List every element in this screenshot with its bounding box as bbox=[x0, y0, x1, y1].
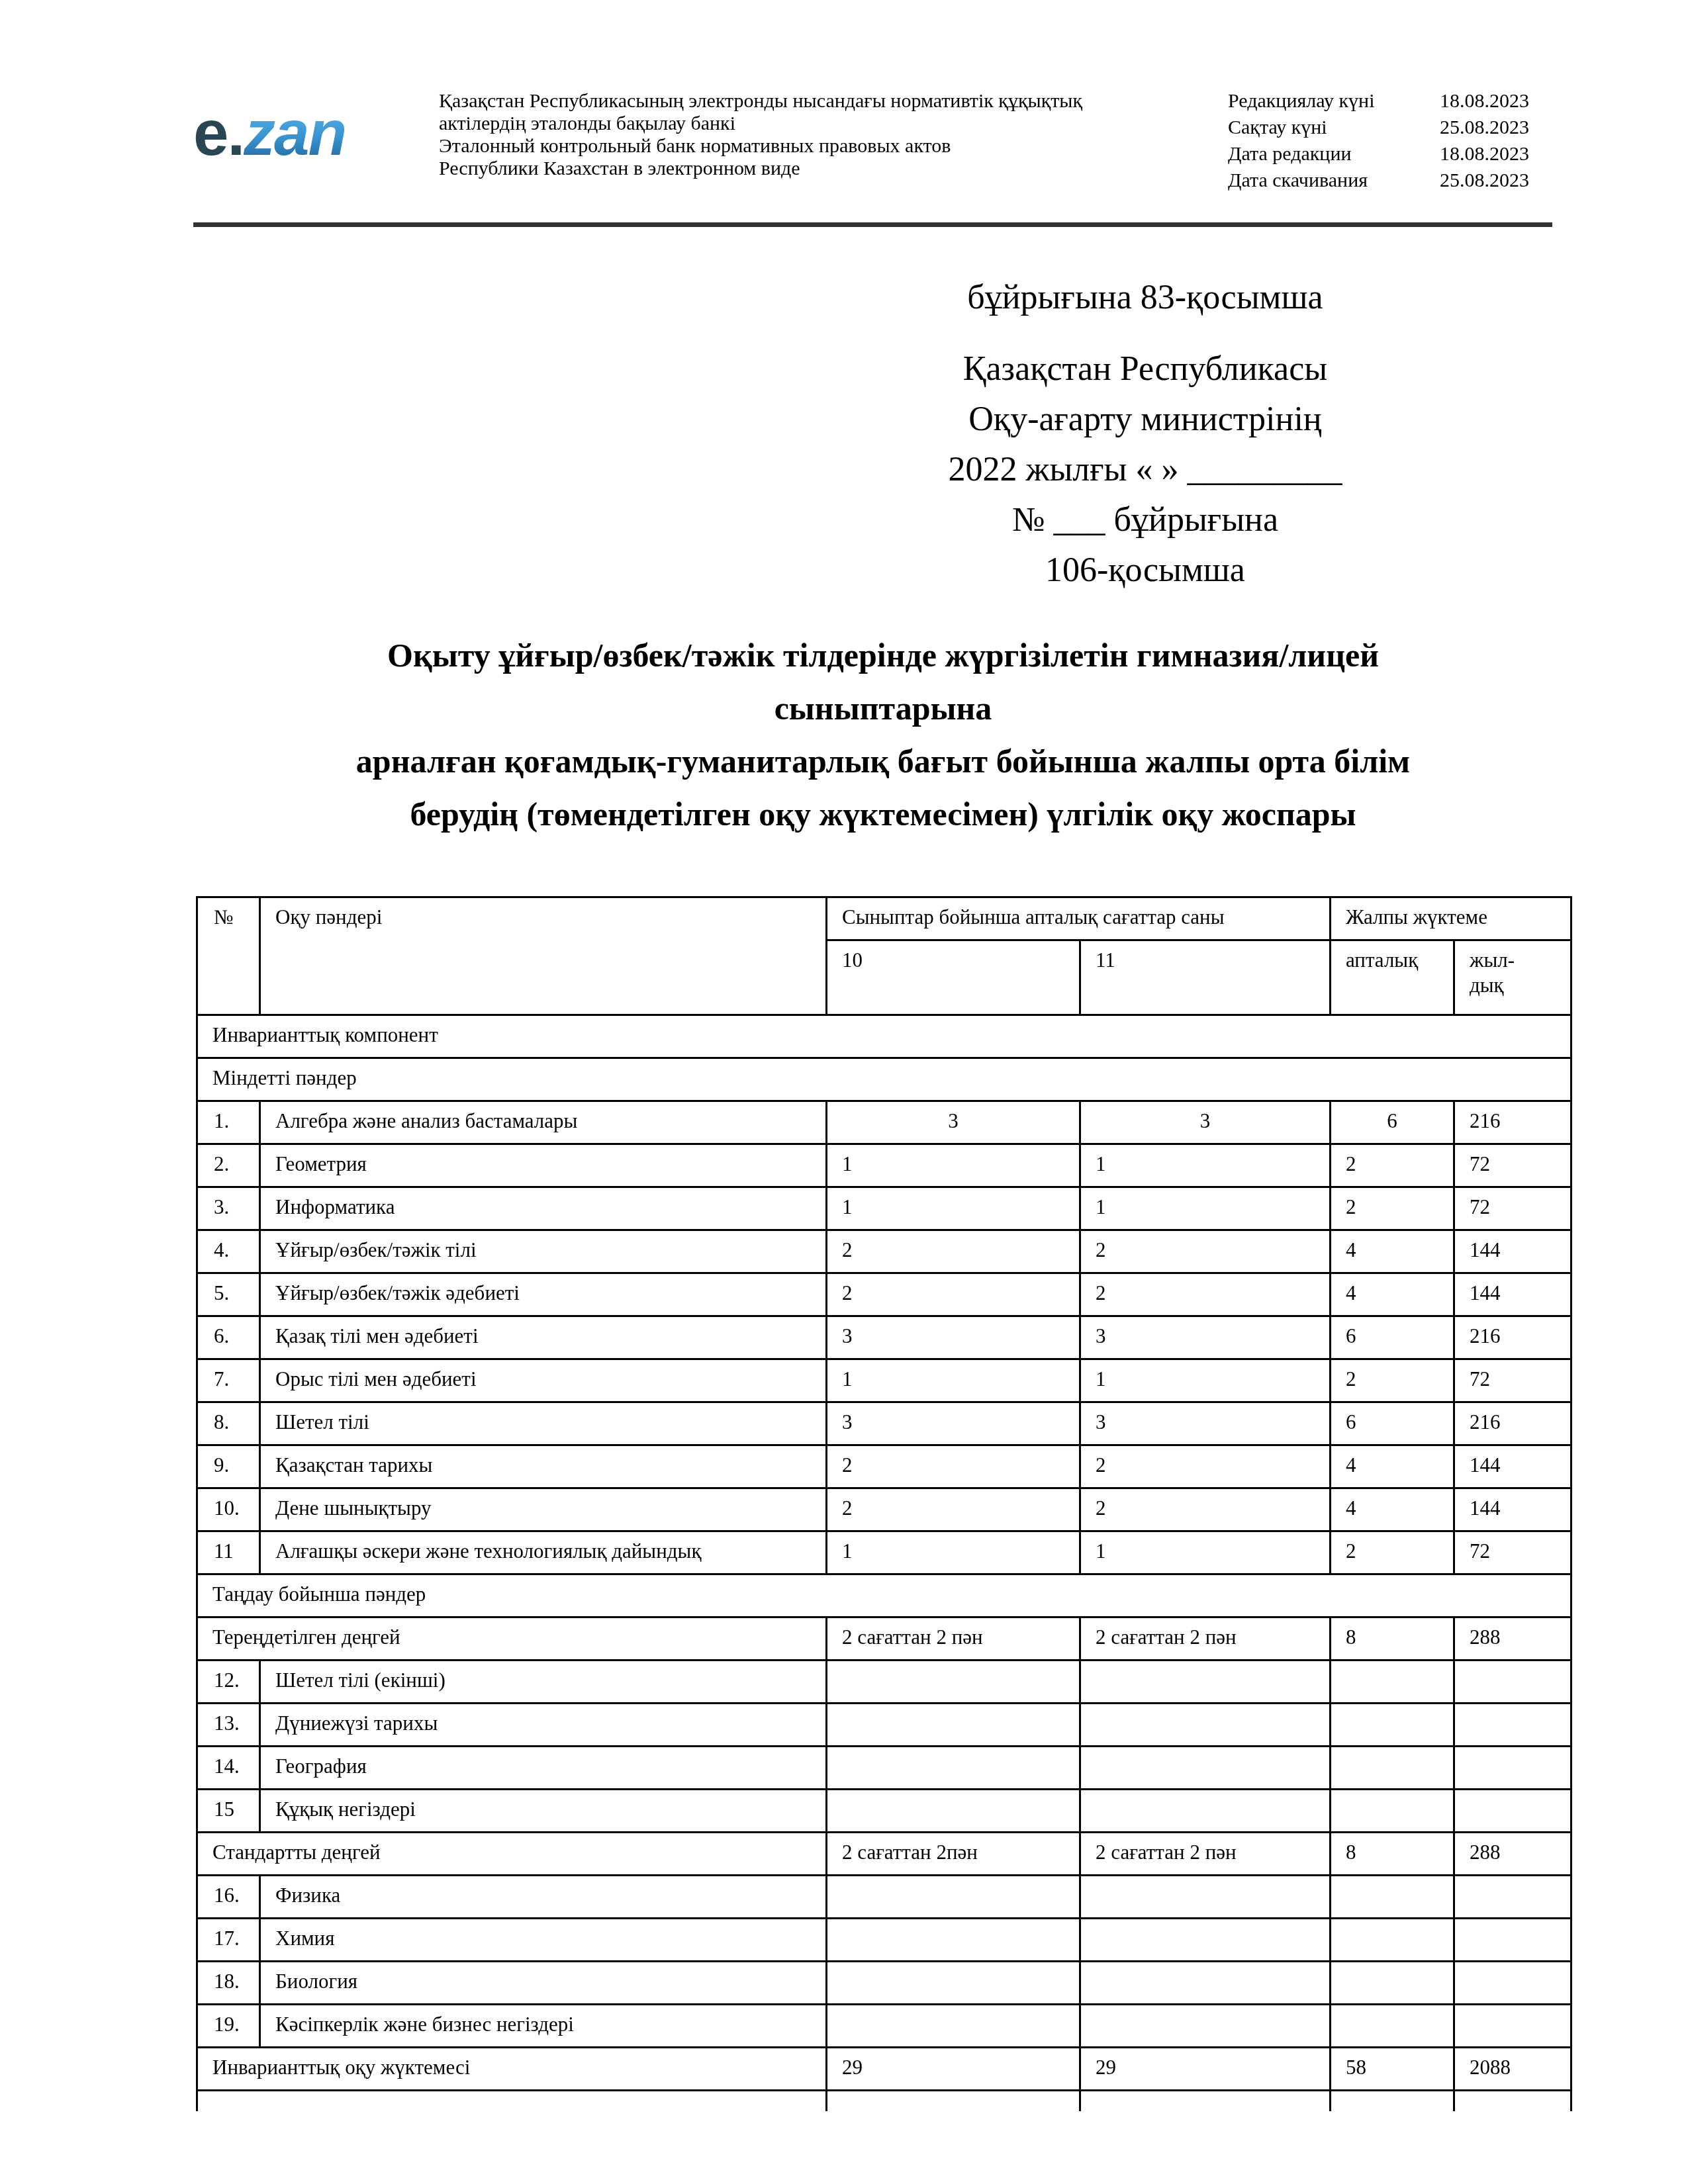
row-invariant-total-label: Инварианттық оқу жүктемесі bbox=[197, 2048, 827, 2091]
section-elective: Таңдау бойынша пәндер bbox=[197, 1574, 1571, 1617]
row-number: 2. bbox=[197, 1144, 260, 1187]
hours-yearly: 72 bbox=[1454, 1359, 1571, 1402]
bank-line: Қазақстан Республикасының электронды ныс… bbox=[439, 90, 1082, 113]
hours-class-11 bbox=[1080, 1962, 1331, 2005]
row-number: 12. bbox=[197, 1661, 260, 1704]
hours-class-10: 3 bbox=[827, 1316, 1080, 1359]
hours-class-11: 3 bbox=[1080, 1101, 1331, 1144]
hours-yearly: 72 bbox=[1454, 1187, 1571, 1230]
section-elective-label: Таңдау бойынша пәндер bbox=[197, 1574, 1571, 1617]
date-label: Редакциялау күні bbox=[1228, 88, 1440, 114]
hours-class-11: 2 сағаттан 2 пән bbox=[1080, 1833, 1331, 1876]
subject-name: Қазақ тілі мен әдебиеті bbox=[260, 1316, 827, 1359]
hours-weekly: 6 bbox=[1331, 1101, 1454, 1144]
hours-weekly: 8 bbox=[1331, 1833, 1454, 1876]
section-invariant-label: Инварианттық компонент bbox=[197, 1015, 1571, 1058]
subject-name: Құқық негіздері bbox=[260, 1790, 827, 1833]
hours-weekly: 4 bbox=[1331, 1488, 1454, 1531]
table-row-continued bbox=[197, 2091, 1571, 2112]
row-number: 15 bbox=[197, 1790, 260, 1833]
table-row: 4.Ұйғыр/өзбек/тәжік тілі224144 bbox=[197, 1230, 1571, 1273]
hours-class-11 bbox=[1080, 2005, 1331, 2048]
hours-class-10: 2 bbox=[827, 1273, 1080, 1316]
table-row: 13.Дүниежүзі тарихы bbox=[197, 1704, 1571, 1747]
hours-yearly: 144 bbox=[1454, 1273, 1571, 1316]
hours-class-10: 2 bbox=[827, 1445, 1080, 1488]
hours-yearly: 216 bbox=[1454, 1402, 1571, 1445]
subject-name: Ұйғыр/өзбек/тәжік әдебиеті bbox=[260, 1273, 827, 1316]
hours-class-11: 2 сағаттан 2 пән bbox=[1080, 1617, 1331, 1661]
section-mandatory: Міндетті пәндер bbox=[197, 1058, 1571, 1101]
title-line: сыныптарына bbox=[196, 682, 1570, 735]
hours-class-10: 2 сағаттан 2пән bbox=[827, 1833, 1080, 1876]
approval-line: 2022 жылғы « » _________ bbox=[880, 445, 1410, 495]
hours-weekly: 6 bbox=[1331, 1316, 1454, 1359]
row-number: 3. bbox=[197, 1187, 260, 1230]
hours-class-11: 2 bbox=[1080, 1230, 1331, 1273]
hours-class-11: 1 bbox=[1080, 1144, 1331, 1187]
hours-yearly bbox=[1454, 1790, 1571, 1833]
hours-class-10: 1 bbox=[827, 1359, 1080, 1402]
date-value: 18.08.2023 bbox=[1440, 141, 1546, 167]
hours-class-11 bbox=[1080, 1704, 1331, 1747]
hours-class-10: 1 bbox=[827, 1144, 1080, 1187]
row-number: 5. bbox=[197, 1273, 260, 1316]
hours-weekly bbox=[1331, 1661, 1454, 1704]
approval-block: Қазақстан Республикасы Оқу-ағарту минист… bbox=[880, 344, 1410, 596]
subject-name: Алгебра және анализ бастамалары bbox=[260, 1101, 827, 1144]
hours-class-11 bbox=[1080, 1661, 1331, 1704]
subject-name: Дүниежүзі тарихы bbox=[260, 1704, 827, 1747]
hours-class-10: 1 bbox=[827, 1531, 1080, 1574]
continued-cell bbox=[197, 2091, 827, 2112]
table-row: 3.Информатика11272 bbox=[197, 1187, 1571, 1230]
hours-class-10 bbox=[827, 1790, 1080, 1833]
subject-name: Геометрия bbox=[260, 1144, 827, 1187]
hours-weekly: 2 bbox=[1331, 1359, 1454, 1402]
table-header-row: № Оқу пәндері Сыныптар бойынша апталық с… bbox=[197, 897, 1571, 940]
row-number: 13. bbox=[197, 1704, 260, 1747]
subject-name: Шетел тілі bbox=[260, 1402, 827, 1445]
table-row: 1.Алгебра және анализ бастамалары336216 bbox=[197, 1101, 1571, 1144]
header-class-11: 11 bbox=[1080, 940, 1331, 1015]
hours-yearly bbox=[1454, 1747, 1571, 1790]
table-row: 10.Дене шынықтыру224144 bbox=[197, 1488, 1571, 1531]
appendix-ref-83: бұйрығына 83-қосымша bbox=[880, 273, 1410, 323]
hours-class-11: 1 bbox=[1080, 1531, 1331, 1574]
hours-class-11 bbox=[1080, 1790, 1331, 1833]
header-subjects: Оқу пәндері bbox=[260, 897, 827, 1015]
hours-class-10: 2 bbox=[827, 1488, 1080, 1531]
group-standard-label: Стандартты деңгей bbox=[197, 1833, 827, 1876]
date-label: Дата редакции bbox=[1228, 141, 1440, 167]
table-row: 15Құқық негіздері bbox=[197, 1790, 1571, 1833]
hours-yearly bbox=[1454, 2005, 1571, 2048]
row-number: 16. bbox=[197, 1876, 260, 1919]
approval-line: 106-қосымша bbox=[880, 545, 1410, 596]
hours-yearly: 72 bbox=[1454, 1531, 1571, 1574]
hours-weekly: 4 bbox=[1331, 1230, 1454, 1273]
ezan-logo: e.zan bbox=[193, 101, 385, 167]
hours-class-11: 2 bbox=[1080, 1445, 1331, 1488]
header-weekly: апталық bbox=[1331, 940, 1454, 1015]
row-number: 8. bbox=[197, 1402, 260, 1445]
row-number: 11 bbox=[197, 1531, 260, 1574]
subject-name: Орыс тілі мен әдебиеті bbox=[260, 1359, 827, 1402]
hours-weekly: 8 bbox=[1331, 1617, 1454, 1661]
header-num: № bbox=[197, 897, 260, 1015]
hours-yearly: 288 bbox=[1454, 1617, 1571, 1661]
approval-line: Қазақстан Республикасы bbox=[880, 344, 1410, 394]
date-value: 25.08.2023 bbox=[1440, 167, 1546, 194]
subject-name: География bbox=[260, 1747, 827, 1790]
header-yearly-line1: жыл- bbox=[1470, 948, 1515, 972]
hours-yearly: 2088 bbox=[1454, 2048, 1571, 2091]
hours-weekly: 4 bbox=[1331, 1273, 1454, 1316]
table-row: 6.Қазақ тілі мен әдебиеті336216 bbox=[197, 1316, 1571, 1359]
hours-weekly: 2 bbox=[1331, 1144, 1454, 1187]
table-row: 14.География bbox=[197, 1747, 1571, 1790]
date-row: Дата редакции18.08.2023 bbox=[1228, 141, 1546, 167]
table-row: 2.Геометрия11272 bbox=[197, 1144, 1571, 1187]
hours-class-11: 3 bbox=[1080, 1316, 1331, 1359]
date-row: Дата скачивания25.08.2023 bbox=[1228, 167, 1546, 194]
date-label: Дата скачивания bbox=[1228, 167, 1440, 194]
hours-yearly bbox=[1454, 1876, 1571, 1919]
section-invariant: Инварианттық компонент bbox=[197, 1015, 1571, 1058]
hours-weekly: 4 bbox=[1331, 1445, 1454, 1488]
table-row: 17.Химия bbox=[197, 1919, 1571, 1962]
subject-name: Кәсіпкерлік және бизнес негіздері bbox=[260, 2005, 827, 2048]
continued-cell bbox=[1331, 2091, 1454, 2112]
group-advanced: Тереңдетілген деңгей2 сағаттан 2 пән2 са… bbox=[197, 1617, 1571, 1661]
hours-class-11: 2 bbox=[1080, 1273, 1331, 1316]
date-label: Сақтау күні bbox=[1228, 114, 1440, 141]
logo-zan: zan bbox=[244, 98, 346, 169]
row-number: 4. bbox=[197, 1230, 260, 1273]
hours-class-11: 29 bbox=[1080, 2048, 1331, 2091]
hours-weekly: 2 bbox=[1331, 1187, 1454, 1230]
table-row: 11Алғашқы әскери және технологиялық дайы… bbox=[197, 1531, 1571, 1574]
hours-weekly bbox=[1331, 1790, 1454, 1833]
hours-yearly: 216 bbox=[1454, 1101, 1571, 1144]
table-row: 12.Шетел тілі (екінші) bbox=[197, 1661, 1571, 1704]
bank-line: Эталонный контрольный банк нормативных п… bbox=[439, 135, 1082, 158]
hours-class-11: 1 bbox=[1080, 1359, 1331, 1402]
table-row: 16.Физика bbox=[197, 1876, 1571, 1919]
hours-yearly: 216 bbox=[1454, 1316, 1571, 1359]
row-number: 7. bbox=[197, 1359, 260, 1402]
hours-class-10 bbox=[827, 1919, 1080, 1962]
hours-class-11: 2 bbox=[1080, 1488, 1331, 1531]
logo-e: e bbox=[193, 98, 227, 169]
hours-class-10: 2 bbox=[827, 1230, 1080, 1273]
header-yearly: жыл-дық bbox=[1454, 940, 1571, 1015]
group-advanced-label: Тереңдетілген деңгей bbox=[197, 1617, 827, 1661]
row-number: 9. bbox=[197, 1445, 260, 1488]
row-number: 10. bbox=[197, 1488, 260, 1531]
header-class-10: 10 bbox=[827, 940, 1080, 1015]
logo-dot: . bbox=[227, 98, 244, 169]
title-line: арналған қоғамдық-гуманитарлық бағыт бой… bbox=[196, 735, 1570, 788]
table-row: 5.Ұйғыр/өзбек/тәжік әдебиеті224144 bbox=[197, 1273, 1571, 1316]
continued-cell bbox=[1080, 2091, 1331, 2112]
subject-name: Информатика bbox=[260, 1187, 827, 1230]
hours-weekly bbox=[1331, 1919, 1454, 1962]
subject-name: Алғашқы әскери және технологиялық дайынд… bbox=[260, 1531, 827, 1574]
hours-class-10: 3 bbox=[827, 1101, 1080, 1144]
row-number: 6. bbox=[197, 1316, 260, 1359]
hours-class-10: 2 сағаттан 2 пән bbox=[827, 1617, 1080, 1661]
hours-weekly bbox=[1331, 1747, 1454, 1790]
subject-name: Биология bbox=[260, 1962, 827, 2005]
subject-name: Химия bbox=[260, 1919, 827, 1962]
hours-yearly: 144 bbox=[1454, 1230, 1571, 1273]
hours-class-11: 1 bbox=[1080, 1187, 1331, 1230]
date-value: 18.08.2023 bbox=[1440, 88, 1546, 114]
hours-yearly: 72 bbox=[1454, 1144, 1571, 1187]
row-number: 1. bbox=[197, 1101, 260, 1144]
approval-line: Оқу-ағарту министрінің bbox=[880, 394, 1410, 445]
subject-name: Ұйғыр/өзбек/тәжік тілі bbox=[260, 1230, 827, 1273]
approval-line: бұйрығына 83-қосымша bbox=[880, 273, 1410, 323]
hours-yearly bbox=[1454, 1919, 1571, 1962]
hours-class-10 bbox=[827, 1747, 1080, 1790]
title-line: Оқыту ұйғыр/өзбек/тәжік тілдерінде жүргі… bbox=[196, 629, 1570, 682]
table-row: 9.Қазақстан тарихы224144 bbox=[197, 1445, 1571, 1488]
hours-weekly: 6 bbox=[1331, 1402, 1454, 1445]
row-number: 14. bbox=[197, 1747, 260, 1790]
header-yearly-line2: дық bbox=[1470, 974, 1504, 997]
header-total-load: Жалпы жүктеме bbox=[1331, 897, 1571, 940]
row-number: 18. bbox=[197, 1962, 260, 2005]
bank-description: Қазақстан Республикасының электронды ныс… bbox=[439, 90, 1082, 180]
subject-name: Дене шынықтыру bbox=[260, 1488, 827, 1531]
date-row: Сақтау күні25.08.2023 bbox=[1228, 114, 1546, 141]
header-divider bbox=[193, 222, 1552, 227]
document-title: Оқыту ұйғыр/өзбек/тәжік тілдерінде жүргі… bbox=[196, 629, 1570, 841]
hours-yearly: 144 bbox=[1454, 1488, 1571, 1531]
hours-yearly: 144 bbox=[1454, 1445, 1571, 1488]
row-number: 17. bbox=[197, 1919, 260, 1962]
document-dates: Редакциялау күні18.08.2023 Сақтау күні25… bbox=[1228, 88, 1546, 194]
subject-name: Шетел тілі (екінші) bbox=[260, 1661, 827, 1704]
hours-class-10 bbox=[827, 1661, 1080, 1704]
hours-class-10: 29 bbox=[827, 2048, 1080, 2091]
hours-weekly: 58 bbox=[1331, 2048, 1454, 2091]
header-weekly-by-class: Сыныптар бойынша апталық сағаттар саны bbox=[827, 897, 1331, 940]
subject-name: Қазақстан тарихы bbox=[260, 1445, 827, 1488]
hours-weekly bbox=[1331, 1962, 1454, 2005]
hours-yearly bbox=[1454, 1704, 1571, 1747]
continued-cell bbox=[1454, 2091, 1571, 2112]
continued-cell bbox=[827, 2091, 1080, 2112]
hours-class-10: 1 bbox=[827, 1187, 1080, 1230]
section-mandatory-label: Міндетті пәндер bbox=[197, 1058, 1571, 1101]
hours-class-11 bbox=[1080, 1919, 1331, 1962]
hours-class-11 bbox=[1080, 1876, 1331, 1919]
hours-class-10: 3 bbox=[827, 1402, 1080, 1445]
hours-yearly: 288 bbox=[1454, 1833, 1571, 1876]
hours-class-11 bbox=[1080, 1747, 1331, 1790]
hours-yearly bbox=[1454, 1661, 1571, 1704]
approval-line: № ___ бұйрығына bbox=[880, 495, 1410, 545]
bank-line: Республики Казахстан в электронном виде bbox=[439, 158, 1082, 180]
hours-class-10 bbox=[827, 2005, 1080, 2048]
hours-weekly bbox=[1331, 2005, 1454, 2048]
hours-class-10 bbox=[827, 1704, 1080, 1747]
hours-weekly: 2 bbox=[1331, 1531, 1454, 1574]
hours-class-10 bbox=[827, 1962, 1080, 2005]
title-line: берудің (төмендетілген оқу жүктемесімен)… bbox=[196, 788, 1570, 841]
row-number: 19. bbox=[197, 2005, 260, 2048]
hours-weekly bbox=[1331, 1876, 1454, 1919]
date-row: Редакциялау күні18.08.2023 bbox=[1228, 88, 1546, 114]
subject-name: Физика bbox=[260, 1876, 827, 1919]
hours-yearly bbox=[1454, 1962, 1571, 2005]
hours-weekly bbox=[1331, 1704, 1454, 1747]
curriculum-table: № Оқу пәндері Сыныптар бойынша апталық с… bbox=[196, 896, 1572, 2111]
date-value: 25.08.2023 bbox=[1440, 114, 1546, 141]
row-invariant-total: Инварианттық оқу жүктемесі2929582088 bbox=[197, 2048, 1571, 2091]
hours-class-10 bbox=[827, 1876, 1080, 1919]
table-row: 18.Биология bbox=[197, 1962, 1571, 2005]
bank-line: актілердің эталонды бақылау банкі bbox=[439, 113, 1082, 135]
hours-class-11: 3 bbox=[1080, 1402, 1331, 1445]
table-row: 8.Шетел тілі336216 bbox=[197, 1402, 1571, 1445]
table-row: 19.Кәсіпкерлік және бизнес негіздері bbox=[197, 2005, 1571, 2048]
table-row: 7.Орыс тілі мен әдебиеті11272 bbox=[197, 1359, 1571, 1402]
group-standard: Стандартты деңгей2 сағаттан 2пән2 сағатт… bbox=[197, 1833, 1571, 1876]
